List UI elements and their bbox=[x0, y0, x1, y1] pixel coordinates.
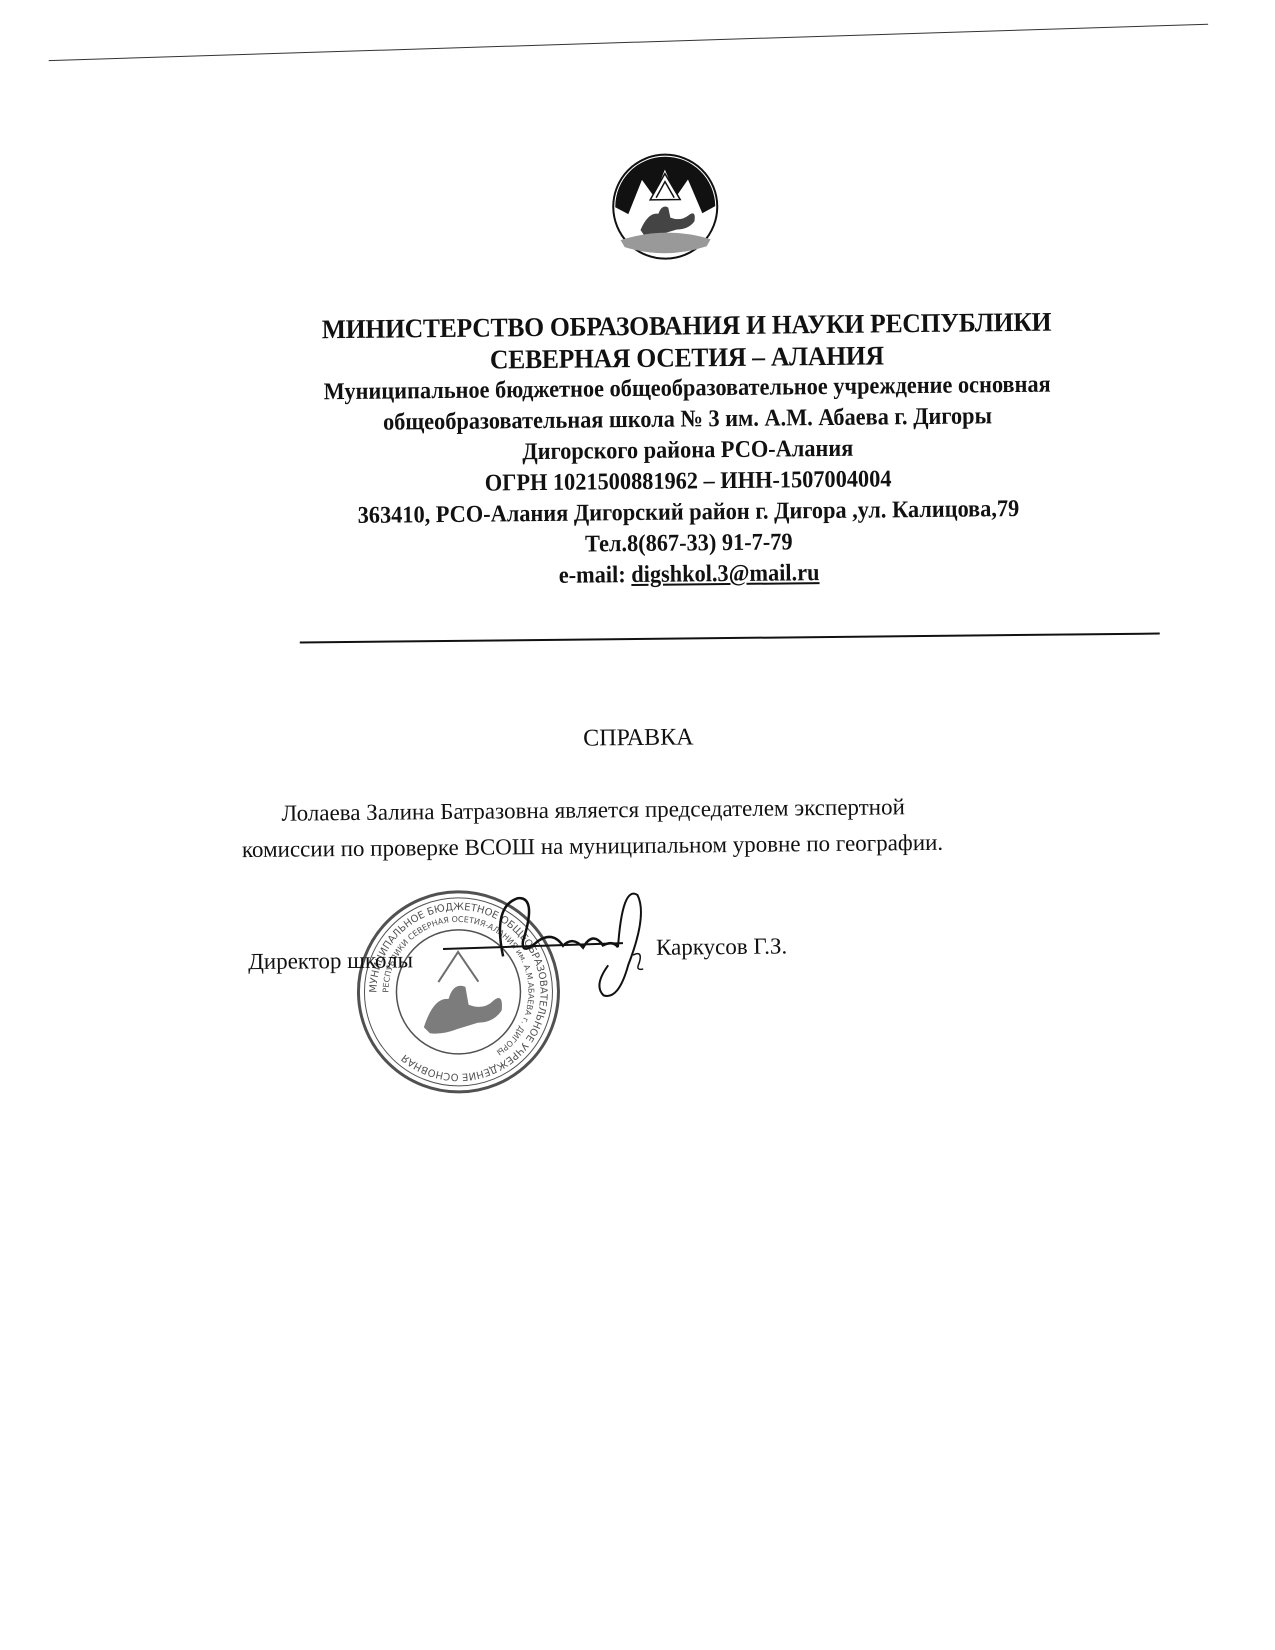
email-label: e-mail: bbox=[559, 562, 632, 589]
handwritten-signature-icon bbox=[442, 885, 673, 1027]
letterhead: МИНИСТЕРСТВО ОБРАЗОВАНИЯ И НАУКИ РЕСПУБЛ… bbox=[226, 305, 1149, 596]
email-link[interactable]: digshkol.3@mail.ru bbox=[631, 560, 819, 588]
signatory-name: Каркусов Г.З. bbox=[656, 933, 787, 960]
letterhead-divider bbox=[300, 633, 1160, 644]
top-scan-line bbox=[49, 24, 1208, 61]
document-body: Лолаева Залина Батразовна является предс… bbox=[241, 787, 1102, 868]
signatory-role: Директор школы bbox=[248, 947, 413, 975]
body-line-2: комиссии по проверке ВСОШ на муниципальн… bbox=[242, 823, 1102, 868]
document-page: МИНИСТЕРСТВО ОБРАЗОВАНИЯ И НАУКИ РЕСПУБЛ… bbox=[0, 0, 1275, 1650]
document-title: СПРАВКА bbox=[1, 718, 1275, 758]
coat-of-arms-icon bbox=[610, 151, 721, 262]
